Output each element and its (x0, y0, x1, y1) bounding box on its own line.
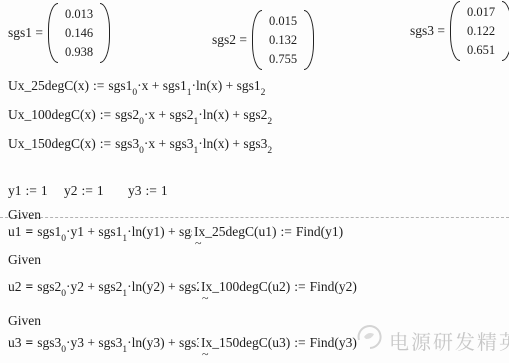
find-call: Find(y1) (296, 224, 343, 239)
vector-region-sgs2[interactable]: sgs2 = 0.015 0.132 0.755 (212, 10, 314, 70)
term-vector: sgs2 (243, 107, 267, 122)
page-break-dashed-line (0, 217, 509, 218)
matrix-paren-left (450, 1, 460, 61)
redefined-variable: Ix~ (201, 277, 212, 297)
vector-name: sgs3 (410, 23, 434, 38)
guess-y2[interactable]: y2:=1 (64, 183, 104, 199)
given-keyword[interactable]: Given (8, 313, 41, 329)
term-subscript: 2 (267, 146, 272, 156)
given-label: Given (8, 313, 41, 328)
def-lhs: Ux_100degC(x) (8, 107, 96, 122)
find-call: Find(y3) (310, 335, 357, 350)
term-text: ·ln(x) + (198, 107, 243, 122)
term-text: ·ln(x) + (198, 136, 243, 151)
matrix-paren-left (48, 3, 58, 63)
guess-rhs: 1 (41, 183, 48, 198)
mathcad-worksheet: sgs1 = 0.013 0.146 0.938 sgs2 = 0.015 0.… (0, 0, 509, 363)
constraint-lhs: u1 (8, 224, 22, 239)
term-vector: sgs2 (98, 279, 122, 294)
assign-operator: := (146, 183, 157, 198)
vector-value: 0.755 (269, 50, 297, 68)
given-keyword[interactable]: Given (8, 207, 41, 223)
solve-constraint-u2[interactable]: u2=sgs20·y2 + sgs21·ln(y2) + sgs22 Ix~_1… (8, 277, 448, 299)
term-text: ·ln(y2) + (127, 279, 179, 294)
term-vector: sgs3 (115, 136, 139, 151)
vector-name: sgs1 (8, 25, 32, 40)
watermark-swirl-icon (353, 320, 387, 354)
term-vector: sgs1 (163, 78, 187, 93)
constraint-lhs: u2 (8, 279, 22, 294)
watermark-text: 电源研发精英圈 (389, 326, 509, 355)
find-lhs-rest: _150degC(u3) (212, 335, 290, 350)
assign-operator: := (100, 107, 111, 122)
equals-sign: = (239, 32, 247, 47)
guess-lhs: y1 (8, 183, 22, 198)
assign-operator: := (281, 224, 292, 239)
assign-operator: := (294, 279, 305, 294)
constraint-lhs: u3 (8, 335, 22, 350)
function-def-ux100[interactable]: Ux_100degC(x):=sgs20·x + sgs21·ln(x) + s… (8, 105, 272, 125)
vector-value: 0.015 (269, 12, 297, 30)
term-vector: sgs2 (170, 107, 194, 122)
redefinition-squiggle: ~ (202, 344, 209, 363)
guess-rhs: 1 (97, 183, 104, 198)
term-text: ·x + (144, 107, 170, 122)
vector-label: sgs1 = (8, 25, 43, 41)
matrix: 0.017 0.122 0.651 (450, 1, 509, 61)
vector-region-sgs1[interactable]: sgs1 = 0.013 0.146 0.938 (8, 3, 110, 63)
assign-operator: := (93, 78, 104, 93)
term-vector: sgs1 (37, 224, 61, 239)
matrix-paren-left (252, 10, 262, 70)
find-region-u1[interactable]: Ix~_25degC(u1):=Find(y1) (192, 222, 343, 247)
vector-value: 0.013 (65, 5, 93, 23)
vector-value: 0.146 (65, 24, 93, 42)
term-text: ·ln(y1) + (127, 224, 179, 239)
given-keyword[interactable]: Given (8, 252, 41, 268)
term-text: ·y3 + (66, 335, 98, 350)
vector-value: 0.132 (269, 31, 297, 49)
term-text: ·ln(y3) + (127, 335, 179, 350)
term-text: ·y1 + (66, 224, 98, 239)
matrix-paren-right (304, 10, 314, 70)
redefined-variable: Ix~ (194, 222, 205, 242)
term-vector: sgs1 (237, 78, 261, 93)
solve-constraint-u1[interactable]: u1=sgs10·y1 + sgs11·ln(y1) + sgs12 Ix~_2… (8, 222, 438, 244)
redefined-variable: Ix~ (201, 333, 212, 353)
vector-value: 0.122 (467, 22, 495, 40)
guess-rhs: 1 (161, 183, 168, 198)
assign-operator: := (100, 136, 111, 151)
matrix: 0.013 0.146 0.938 (48, 3, 110, 63)
equals-sign: = (437, 23, 445, 38)
term-text: ·x + (144, 136, 170, 151)
vector-name: sgs2 (212, 32, 236, 47)
find-lhs-rest: _25degC(u1) (205, 224, 276, 239)
term-vector: sgs2 (37, 279, 61, 294)
guess-values-row: y1:=1 y2:=1 y3:=1 (8, 183, 228, 203)
term-text: ·y2 + (66, 279, 98, 294)
term-vector: sgs3 (98, 335, 122, 350)
guess-y3[interactable]: y3:=1 (128, 183, 168, 199)
given-label: Given (8, 252, 41, 267)
term-vector: sgs3 (170, 136, 194, 151)
term-subscript: 2 (261, 88, 266, 98)
guess-y1[interactable]: y1:=1 (8, 183, 48, 199)
guess-lhs: y2 (64, 183, 78, 198)
term-subscript: 2 (267, 117, 272, 127)
def-lhs: Ux_25degC(x) (8, 78, 89, 93)
redefinition-squiggle: ~ (202, 288, 209, 308)
find-region-u3[interactable]: Ix~_150degC(u3):=Find(y3) (199, 333, 357, 358)
term-vector: sgs1 (108, 78, 132, 93)
matrix-paren-right (100, 3, 110, 63)
term-text: ·x + (137, 78, 163, 93)
vector-region-sgs3[interactable]: sgs3 = 0.017 0.122 0.651 (410, 1, 509, 61)
vector-value: 0.651 (467, 41, 495, 59)
matrix: 0.015 0.132 0.755 (252, 10, 314, 70)
vector-value: 0.938 (65, 43, 93, 61)
find-lhs-rest: _100degC(u2) (212, 279, 290, 294)
vector-label: sgs2 = (212, 32, 247, 48)
find-call: Find(y2) (310, 279, 357, 294)
assign-operator: := (26, 183, 37, 198)
find-region-u2[interactable]: Ix~_100degC(u2):=Find(y2) (199, 277, 357, 302)
boolean-equals: = (26, 335, 34, 350)
redefinition-squiggle: ~ (195, 233, 202, 253)
term-vector: sgs3 (37, 335, 61, 350)
def-lhs: Ux_150degC(x) (8, 136, 96, 151)
term-vector: sgs1 (98, 224, 122, 239)
vector-label: sgs3 = (410, 23, 445, 39)
function-def-ux150[interactable]: Ux_150degC(x):=sgs30·x + sgs31·ln(x) + s… (8, 134, 272, 154)
matrix-paren-right (502, 1, 509, 61)
term-vector: sgs2 (115, 107, 139, 122)
boolean-equals: = (26, 279, 34, 294)
assign-operator: := (294, 335, 305, 350)
function-def-ux25[interactable]: Ux_25degC(x):=sgs10·x + sgs11·ln(x) + sg… (8, 76, 265, 96)
equals-sign: = (35, 25, 43, 40)
vector-value: 0.017 (467, 3, 495, 21)
assign-operator: := (82, 183, 93, 198)
term-vector: sgs3 (243, 136, 267, 151)
boolean-equals: = (26, 224, 34, 239)
given-label: Given (8, 207, 41, 222)
term-text: ·ln(x) + (192, 78, 237, 93)
guess-lhs: y3 (128, 183, 142, 198)
